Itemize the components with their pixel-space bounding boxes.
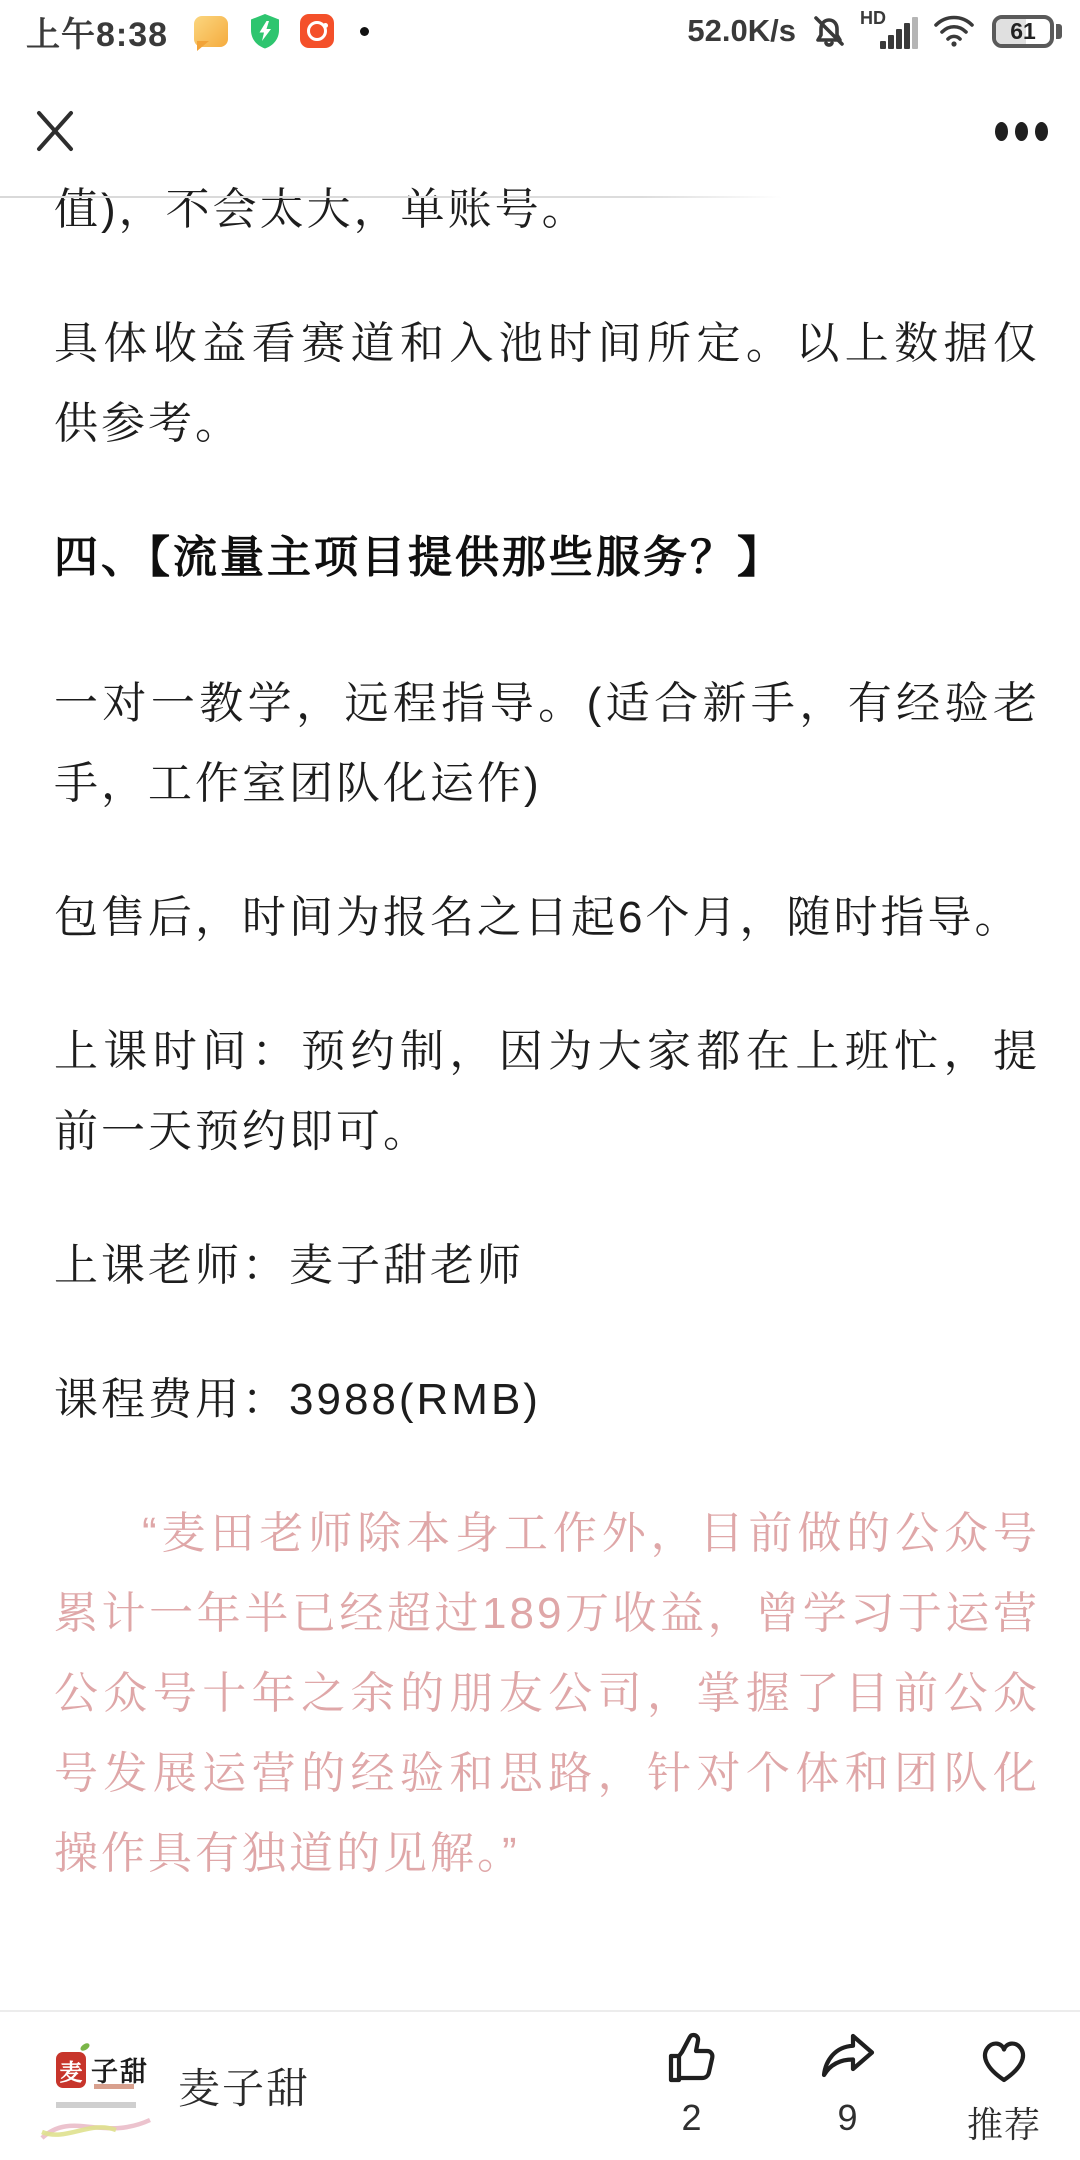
thumbs-up-icon	[663, 2031, 721, 2087]
share-button[interactable]: 9	[802, 2031, 894, 2139]
like-count: 2	[681, 2097, 702, 2139]
battery-indicator: 61	[992, 15, 1062, 48]
author-name: 麦子甜	[178, 2056, 310, 2116]
avatar-swoosh-decoration	[40, 2102, 152, 2146]
recommend-button[interactable]: 推荐	[958, 2031, 1050, 2148]
paragraph: 具体收益看赛道和入池时间所定。以上数据仅供参考。	[54, 304, 1040, 464]
share-count: 9	[837, 2097, 858, 2139]
status-bar-left: 上午8:38	[26, 7, 369, 56]
battery-percentage: 61	[1010, 18, 1036, 45]
more-options-button[interactable]	[995, 116, 1048, 146]
heart-icon	[975, 2031, 1033, 2087]
avatar: 麦 子甜	[40, 2026, 152, 2146]
wifi-icon	[932, 14, 976, 48]
author-profile[interactable]: 麦 子甜 麦子甜	[40, 2026, 310, 2146]
header	[0, 58, 1080, 170]
screen: 上午8:38 52.0K/s HD	[0, 0, 1080, 2160]
notification-dot-icon	[360, 27, 369, 36]
more-dots-icon	[1035, 122, 1048, 141]
mute-bell-icon	[810, 12, 848, 50]
battery-shell: 61	[992, 15, 1054, 48]
signal-bars	[880, 17, 918, 49]
share-arrow-icon	[819, 2031, 877, 2087]
footer-actions: 2 9 推荐	[646, 2025, 1050, 2148]
footer-bar: 麦 子甜 麦子甜 2	[0, 2010, 1080, 2160]
status-bar-right: 52.0K/s HD	[687, 10, 1062, 52]
avatar-tiny-text	[94, 2084, 134, 2089]
avatar-seal: 麦	[56, 2052, 86, 2088]
content-divider	[0, 196, 782, 198]
network-speed: 52.0K/s	[687, 13, 796, 49]
battery-nub	[1056, 24, 1062, 39]
paragraph: 上课老师：麦子甜老师	[54, 1226, 1040, 1306]
status-time: 上午8:38	[26, 7, 168, 56]
close-button[interactable]	[30, 106, 80, 156]
article-content: 值)，不会太大，单账号。 具体收益看赛道和入池时间所定。以上数据仅供参考。 四、…	[0, 170, 1080, 1894]
paragraph: 上课时间：预约制，因为大家都在上班忙，提前一天预约即可。	[54, 1012, 1040, 1172]
paragraph: 一对一教学，远程指导。(适合新手，有经验老手，工作室团队化运作)	[54, 664, 1040, 824]
security-shield-icon	[248, 13, 282, 49]
status-bar: 上午8:38 52.0K/s HD	[0, 0, 1080, 58]
paragraph: 课程费用：3988(RMB)	[54, 1360, 1040, 1440]
paragraph: 值)，不会太大，单账号。	[54, 170, 1040, 250]
message-bubble-icon	[194, 16, 228, 47]
more-dots-icon	[1015, 122, 1028, 141]
section-heading: 四、【流量主项目提供那些服务？】	[54, 518, 1040, 598]
quote-paragraph: “麦田老师除本身工作外，目前做的公众号累计一年半已经超过189万收益，曾学习于运…	[54, 1494, 1040, 1894]
screen-recorder-icon	[300, 14, 334, 48]
like-button[interactable]: 2	[646, 2031, 738, 2139]
recommend-label: 推荐	[967, 2097, 1041, 2148]
avatar-leaf-decoration	[79, 2042, 91, 2052]
more-dots-icon	[995, 122, 1008, 141]
signal-strength-icon: HD	[860, 10, 918, 52]
close-icon	[32, 108, 78, 154]
paragraph: 包售后，时间为报名之日起6个月，随时指导。	[54, 878, 1040, 958]
